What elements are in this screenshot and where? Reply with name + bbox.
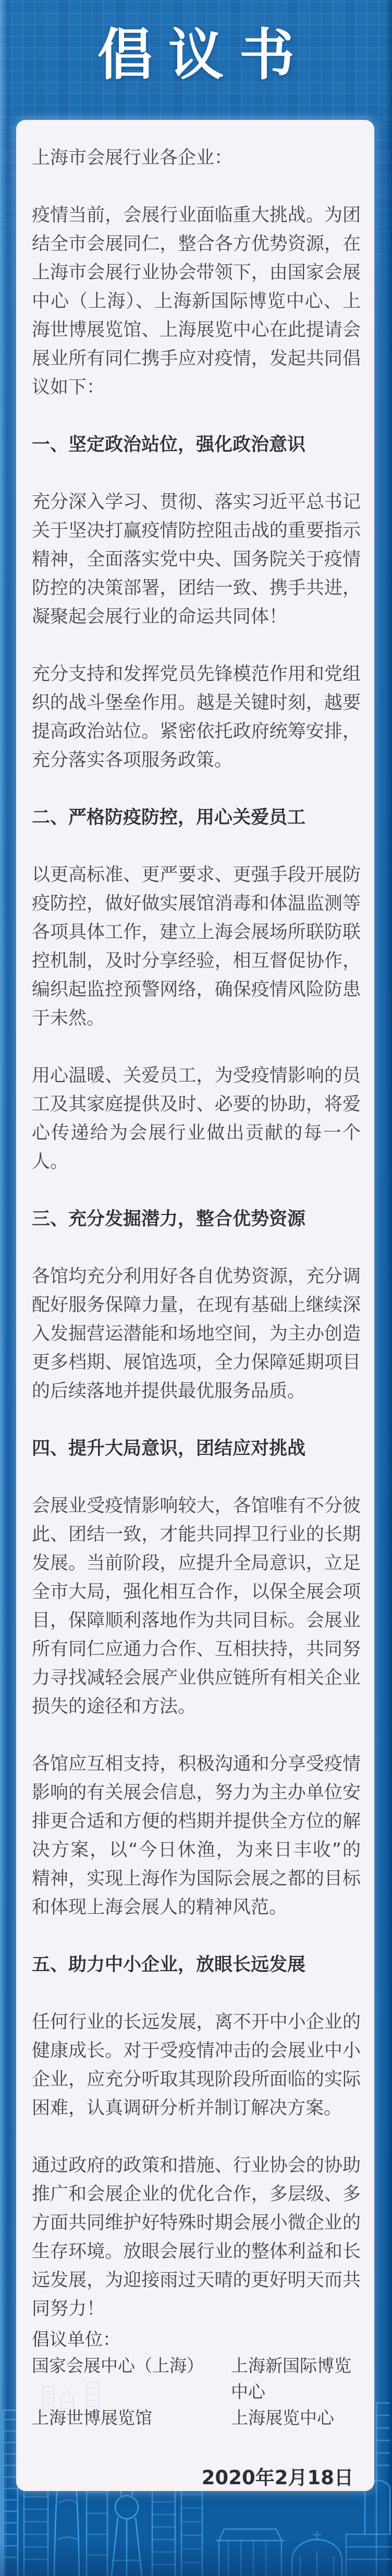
signature-row: 上海世博展览馆 上海展览中心 [32,2405,361,2431]
bottom-shade [0,2539,392,2576]
section-paragraph: 各馆应互相支持，积极沟通和分享受疫情影响的有关展会信息，努力为主办单位安排更合适… [32,1750,361,1922]
right-edge-shadow [386,0,392,2576]
section-paragraph: 任何行业的长远发展，离不开中小企业的健康成长。对于受疫情冲击的会展业中小企业，应… [32,2008,361,2123]
section-heading: 四、提升大局意识，团结应对挑战 [32,1435,361,1463]
org-national-exhibition-center: 国家会展中心（上海） [32,2353,231,2405]
signature-row: 国家会展中心（上海） 上海新国际博览中心 [32,2353,361,2405]
page-title: 倡议书 [0,27,392,82]
org-shanghai-exhibition-center: 上海展览中心 [231,2405,361,2431]
section-paragraph: 充分支持和发挥党员先锋模范作用和党组织的战斗堡垒作用。越是关键时刻，越要提高政治… [32,660,361,775]
section-paragraph: 充分深入学习、贯彻、落实习近平总书记关于坚决打赢疫情防控阻击战的重要指示精神，全… [32,488,361,631]
section-paragraph: 用心温暖、关爱员工，为受疫情影响的员工及其家庭提供及时、必要的协助，将爱心传递给… [32,1062,361,1176]
signature-block: 倡议单位： 国家会展中心（上海） 上海新国际博览中心 上海世博展览馆 上海展览中… [32,2327,361,2491]
section-paragraph: 以更高标准、更严要求、更强手段开展防疫防控，做好做实展馆消毒和体温监测等各项具体… [32,861,361,1033]
signature-label: 倡议单位： [32,2327,361,2353]
page-background: { "page": { "title": "倡议书" }, "colors": … [0,0,392,2576]
org-new-international-expo-center: 上海新国际博览中心 [231,2353,361,2405]
date: 2020年2月18日 [32,2463,361,2491]
salutation: 上海市会展行业各企业： [32,144,361,173]
letter-body: 上海市会展行业各企业： 疫情当前，会展行业面临重大挑战。为团结全市会展同仁，整合… [16,120,374,2324]
section-heading: 三、充分发掘潜力，整合优势资源 [32,1205,361,1234]
org-world-expo-exhibition-hall: 上海世博展览馆 [32,2405,231,2431]
section-paragraph: 通过政府的政策和措施、行业协会的协助推广和会展企业的优化合作，多层级、多方面共同… [32,2152,361,2324]
section-heading: 二、严格防疫防控，用心关爱员工 [32,804,361,832]
section-heading: 五、助力中小企业，放眼长远发展 [32,1951,361,1979]
section-heading: 一、坚定政治站位，强化政治意识 [32,431,361,459]
section-paragraph: 会展业受疫情影响较大，各馆唯有不分彼此、团结一致，才能共同捍卫行业的长期发展。当… [32,1492,361,1721]
left-edge-highlight [0,0,7,2576]
letter-sections: 一、坚定政治站位，强化政治意识充分深入学习、贯彻、落实习近平总书记关于坚决打赢疫… [32,431,361,2324]
intro-paragraph: 疫情当前，会展行业面临重大挑战。为团结全市会展同仁，整合各方优势资源，在上海市会… [32,201,361,402]
section-paragraph: 各馆均充分利用好各自优势资源，充分调配好服务保障力量，在现有基础上继续深入发掘营… [32,1262,361,1406]
letter-card: 上海市会展行业各企业： 疫情当前，会展行业面临重大挑战。为团结全市会展同仁，整合… [16,120,374,2491]
